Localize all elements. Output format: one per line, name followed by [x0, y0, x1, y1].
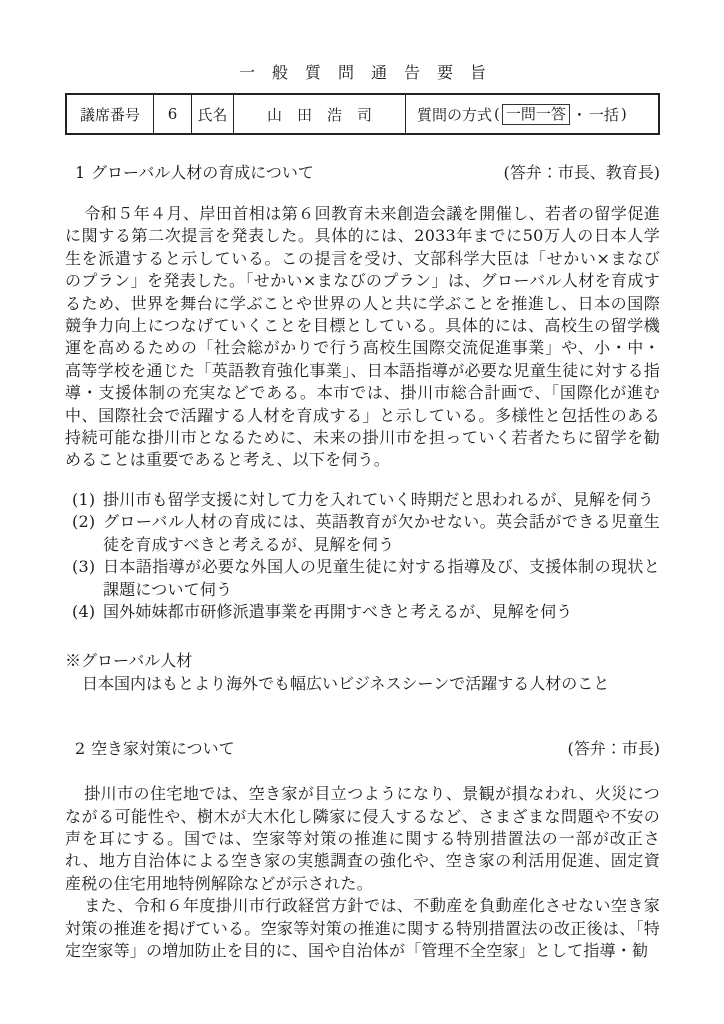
section-2-heading-left: 2 空き家対策について: [65, 737, 235, 761]
question-1-number: (1): [72, 489, 95, 511]
section-global-jinzai: 1 グローバル人材の育成について (答弁：市長、教育長) 令和５年４月、岸田首相…: [65, 161, 660, 695]
question-4-text: 国外姉妹都市研修派遣事業を再開すべきと考えるが、見解を伺う: [103, 602, 572, 621]
question-3-number: (3): [72, 556, 95, 578]
section-2-respondent: (答弁：市長): [568, 737, 661, 761]
section-2-paragraph-1: 掛川市の住宅地では、空き家が目立つようになり、景観が損なわれ、火災につながる可能…: [65, 783, 660, 895]
name-value: 山 田 浩 司: [233, 95, 405, 133]
question-2-number: (2): [72, 511, 95, 533]
document-page: 一般質問通告要旨 議席番号 6 氏名 山 田 浩 司 質問の方式 ( 一問一答 …: [0, 0, 724, 1024]
section-1-question-list: (1) 掛川市も留学支援に対して力を入れていく時期だと思われるが、見解を伺う (…: [65, 489, 660, 623]
question-3-text: 日本語指導が必要な外国人の児童生徒に対する指導及び、支援体制の現状と課題について…: [103, 557, 660, 598]
method-option-selected: 一問一答: [502, 104, 570, 125]
method-option-separator: ・: [572, 104, 587, 125]
question-item-1: (1) 掛川市も留学支援に対して力を入れていく時期だと思われるが、見解を伺う: [65, 489, 660, 511]
section-1-heading: 1 グローバル人材の育成について (答弁：市長、教育長): [65, 161, 660, 185]
section-2-number: 2: [65, 737, 91, 761]
method-option-other: 一括: [589, 104, 619, 125]
section-2-heading: 2 空き家対策について (答弁：市長): [65, 737, 660, 761]
question-method-cell: 質問の方式 ( 一問一答 ・ 一括 ): [405, 95, 658, 133]
header-table: 議席番号 6 氏名 山 田 浩 司 質問の方式 ( 一問一答 ・ 一括 ): [65, 93, 660, 135]
section-1-title: グローバル人材の育成について: [91, 161, 314, 185]
method-paren-open: (: [494, 105, 500, 123]
section-akiya-taisaku: 2 空き家対策について (答弁：市長) 掛川市の住宅地では、空き家が目立つように…: [65, 737, 660, 962]
question-2-text: グローバル人材の育成には、英語教育が欠かせない。英会話ができる児童生徒を育成すべ…: [103, 512, 660, 553]
glossary-note-body: 日本国内はもとより海外でも幅広いビジネスシーンで活躍する人材のこと: [65, 673, 660, 695]
section-2-title: 空き家対策について: [91, 737, 235, 761]
section-1-number: 1: [65, 161, 91, 185]
seat-number-value: 6: [153, 95, 191, 133]
document-title: 一般質問通告要旨: [82, 60, 660, 85]
question-1-text: 掛川市も留学支援に対して力を入れていく時期だと思われるが、見解を伺う: [103, 490, 654, 509]
question-method-label: 質問の方式: [417, 104, 492, 125]
section-1-heading-left: 1 グローバル人材の育成について: [65, 161, 314, 185]
section-1-respondent: (答弁：市長、教育長): [504, 161, 661, 185]
section-2-paragraph-2: また、令和６年度掛川市行政経営方針では、不動産を負動産化させない空き家対策の推進…: [65, 895, 660, 962]
method-paren-close: ): [621, 105, 627, 123]
question-4-number: (4): [72, 601, 95, 623]
seat-number-label: 議席番号: [67, 95, 153, 133]
name-label: 氏名: [191, 95, 233, 133]
glossary-note: ※グローバル人材 日本国内はもとより海外でも幅広いビジネスシーンで活躍する人材の…: [65, 650, 660, 695]
question-item-4: (4) 国外姉妹都市研修派遣事業を再開すべきと考えるが、見解を伺う: [65, 601, 660, 623]
glossary-note-title: ※グローバル人材: [65, 650, 660, 672]
question-item-2: (2) グローバル人材の育成には、英語教育が欠かせない。英会話ができる児童生徒を…: [65, 511, 660, 556]
section-1-paragraph: 令和５年４月、岸田首相は第６回教育未来創造会議を開催し、若者の留学促進に関する第…: [65, 203, 660, 472]
question-item-3: (3) 日本語指導が必要な外国人の児童生徒に対する指導及び、支援体制の現状と課題…: [65, 556, 660, 601]
